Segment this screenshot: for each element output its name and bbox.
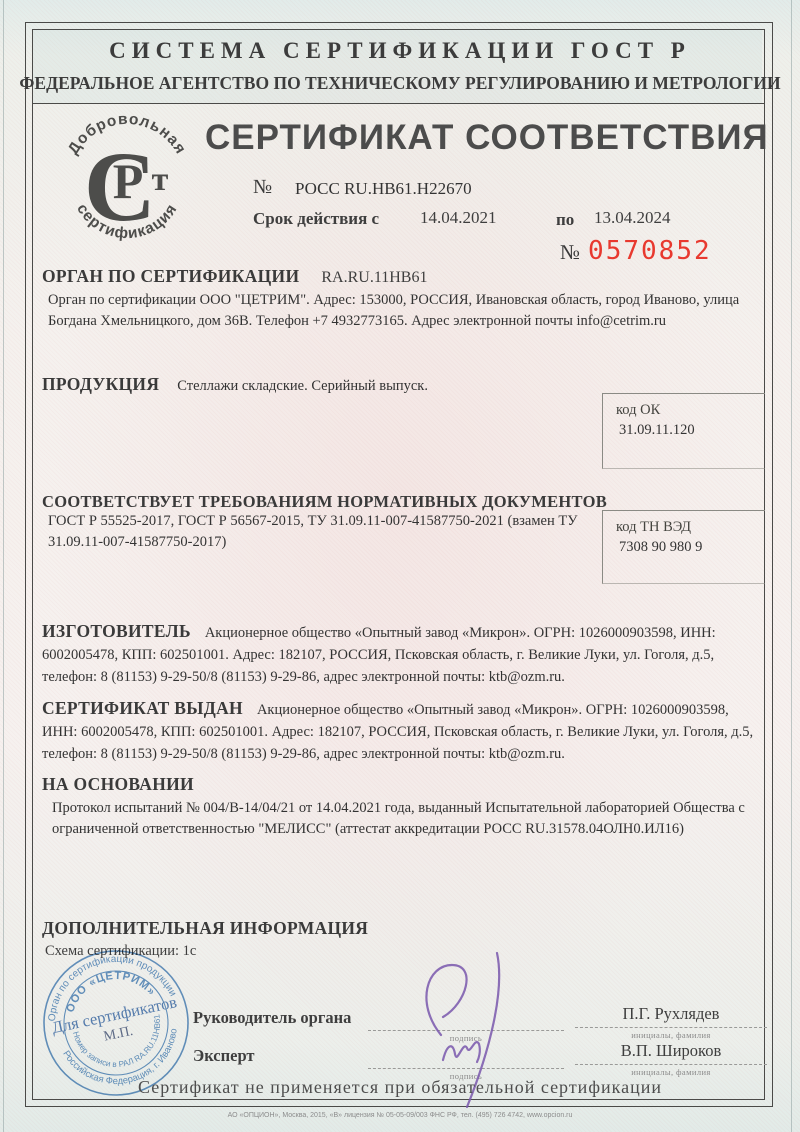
certification-body-details: Орган по сертификации ООО "ЦЕТРИМ". Адре… <box>48 290 762 332</box>
manufacturer-label: ИЗГОТОВИТЕЛЬ <box>42 621 191 641</box>
product-section: ПРОДУКЦИЯСтеллажи складские. Серийный вы… <box>42 374 602 397</box>
certification-body-heading: ОРГАН ПО СЕРТИФИКАЦИИ RA.RU.11НВ61 <box>42 266 427 287</box>
blank-number-digits: 0570852 <box>588 236 712 266</box>
valid-from-date: 14.04.2021 <box>420 208 497 228</box>
expert-label: Эксперт <box>193 1046 255 1066</box>
logo-letter-t: т <box>152 161 169 198</box>
head-of-body-label: Руководитель органа <box>193 1008 351 1028</box>
certificate-number-sign: № <box>253 176 272 199</box>
printing-house-info: АО «ОПЦИОН», Москва, 2015, «В» лицензия … <box>0 1112 800 1119</box>
basis-details: Протокол испытаний № 004/В-14/04/21 от 1… <box>52 798 766 840</box>
blank-serial-number: №0570852 <box>560 236 712 266</box>
conformity-heading: СООТВЕТСТВУЕТ ТРЕБОВАНИЯМ НОРМАТИВНЫХ ДО… <box>42 492 607 512</box>
rst-voluntary-certification-logo: Добровольная сертификация С Р т <box>52 106 202 256</box>
basis-heading: НА ОСНОВАНИИ <box>42 774 194 795</box>
system-title: СИСТЕМА СЕРТИФИКАЦИИ ГОСТ Р <box>0 38 800 64</box>
product-label: ПРОДУКЦИЯ <box>42 374 159 394</box>
agency-title: ФЕДЕРАЛЬНОЕ АГЕНТСТВО ПО ТЕХНИЧЕСКОМУ РЕ… <box>0 73 800 94</box>
tnved-code-value: 7308 90 980 9 <box>619 539 765 556</box>
footer-note: Сертификат не применяется при обязательн… <box>100 1077 700 1098</box>
validity-label: Срок действия с <box>253 209 379 229</box>
conformity-standards: ГОСТ Р 55525-2017, ГОСТ Р 56567-2015, ТУ… <box>48 511 580 553</box>
issued-to-label: СЕРТИФИКАТ ВЫДАН <box>42 698 243 718</box>
expert-name: В.П. Широков <box>575 1041 767 1061</box>
product-description: Стеллажи складские. Серийный выпуск. <box>177 378 428 394</box>
additional-info-heading: ДОПОЛНИТЕЛЬНАЯ ИНФОРМАЦИЯ <box>42 918 368 939</box>
logo-letter-r: Р <box>113 153 144 209</box>
ok-code-value: 31.09.11.120 <box>619 422 765 439</box>
page-edge-left <box>3 0 4 1132</box>
certificate-page: { "header": { "system_line1": "СИСТЕМА С… <box>0 0 800 1132</box>
certification-body-code: RA.RU.11НВ61 <box>321 269 427 287</box>
page-edge-right <box>791 0 792 1132</box>
ok-code-box: код ОК 31.09.11.120 <box>602 393 765 469</box>
blank-number-sign: № <box>560 240 580 264</box>
certification-body-label: ОРГАН ПО СЕРТИФИКАЦИИ <box>42 266 299 287</box>
head-name-caption: инициалы, фамилия <box>575 1030 767 1040</box>
stamp-place-of-seal: М.П. <box>102 1024 134 1045</box>
tnved-code-box: код ТН ВЭД 7308 90 980 9 <box>602 510 765 584</box>
manufacturer-section: ИЗГОТОВИТЕЛЬАкционерное общество «Опытны… <box>42 620 760 688</box>
tnved-code-label: код ТН ВЭД <box>616 519 765 536</box>
certificate-number: РОСС RU.НВ61.Н22670 <box>295 179 472 199</box>
valid-to-label: по <box>556 210 574 230</box>
head-name: П.Г. Рухлядев <box>575 1004 767 1024</box>
expert-name-caption: инициалы, фамилия <box>575 1067 767 1077</box>
expert-name-line <box>575 1064 767 1065</box>
valid-to-date: 13.04.2024 <box>594 208 671 228</box>
issued-to-section: СЕРТИФИКАТ ВЫДАНАкционерное общество «Оп… <box>42 697 760 765</box>
header-separator-line <box>32 103 765 104</box>
head-name-line <box>575 1027 767 1028</box>
certificate-title: СЕРТИФИКАТ СООТВЕТСТВИЯ <box>205 118 755 158</box>
ok-code-label: код ОК <box>616 402 765 419</box>
